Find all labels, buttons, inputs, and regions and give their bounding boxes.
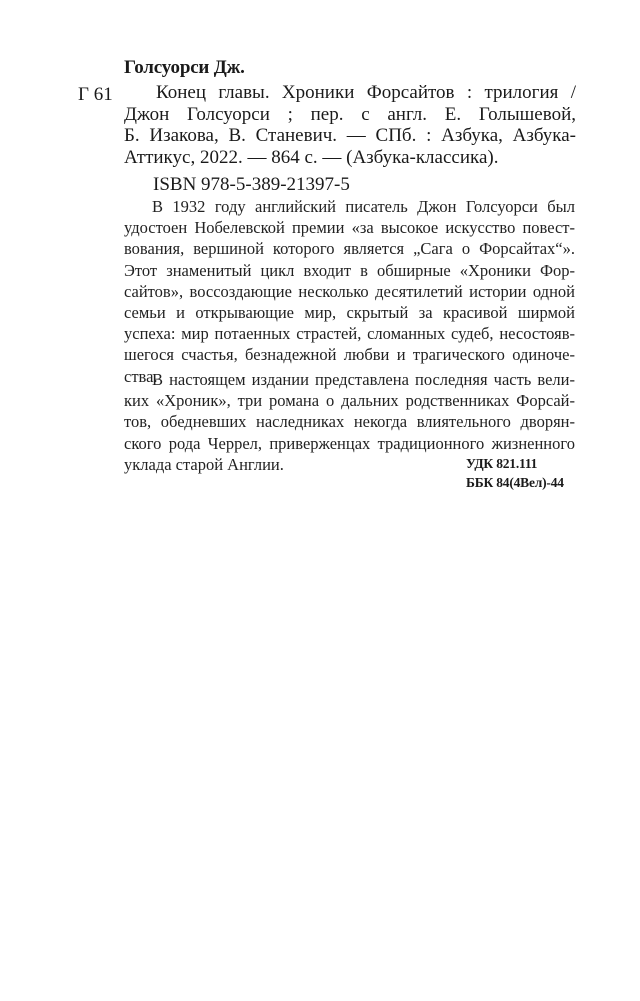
annotation-line: Этот знаменитый цикл входит в обширные «…	[124, 260, 575, 281]
biblio-line: Аттикус, 2022. — 864 с. — (Азбука-класси…	[124, 147, 576, 169]
annotation-line: ского рода Черрел, приверженцах традицио…	[124, 433, 575, 454]
isbn: ISBN 978-5-389-21397-5	[153, 174, 350, 196]
annotation-line: удостоен Нобелевской премии «за высокое …	[124, 217, 575, 238]
annotation-line: В 1932 году английский писатель Джон Гол…	[124, 196, 575, 217]
classification-code: Г 61	[78, 84, 113, 106]
biblio-line: Конец главы. Хроники Форсайтов : трилоги…	[124, 82, 576, 104]
annotation-line: В настоящем издании представлена последн…	[124, 369, 575, 390]
bbk-index: ББК 84(4Вел)-44	[466, 473, 564, 492]
catalog-card-page: Голсуорси Дж. Г 61 Конец главы. Хроники …	[0, 0, 640, 1001]
bibliographic-description: Конец главы. Хроники Форсайтов : трилоги…	[124, 82, 576, 168]
biblio-line: Б. Изакова, В. Станевич. — СПб. : Азбука…	[124, 125, 576, 147]
annotation-paragraph-1: В 1932 году английский писатель Джон Гол…	[124, 196, 575, 387]
annotation-line: успеха: мир потаенных страстей, сломанны…	[124, 323, 575, 344]
annotation-line: сайтов», воссоздающие несколько десятиле…	[124, 281, 575, 302]
annotation-line: ких «Хроник», три романа о дальних родст…	[124, 390, 575, 411]
biblio-line: Джон Голсуорси ; пер. с англ. Е. Голышев…	[124, 104, 576, 126]
udk-index: УДК 821.111	[466, 454, 564, 473]
annotation-line: тов, обедневших наследниках некогда влия…	[124, 411, 575, 432]
annotation-line: семьи и открывающие мир, скрытый за крас…	[124, 302, 575, 323]
annotation-line: шегося счастья, безнадежной любви и траг…	[124, 344, 575, 365]
author-heading: Голсуорси Дж.	[124, 57, 245, 79]
annotation-line: вования, вершиной которого является „Саг…	[124, 238, 575, 259]
classification-indices: УДК 821.111 ББК 84(4Вел)-44	[466, 454, 564, 492]
